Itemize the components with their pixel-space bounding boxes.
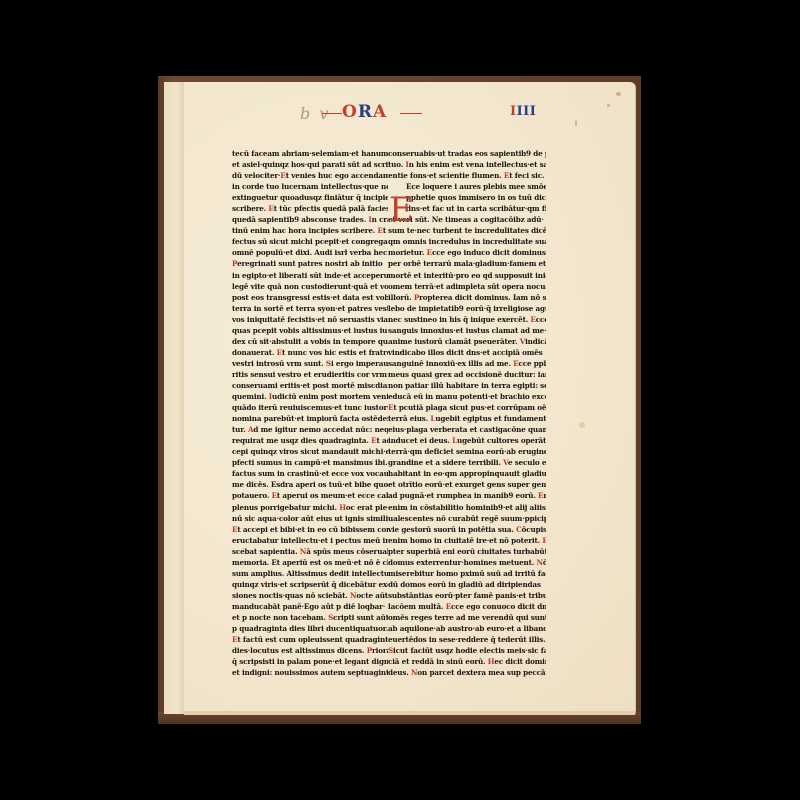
text-line: nū sic aqua·color aūt eius ut ignis simi… [232, 513, 388, 524]
text-line: terra in sortē et terra syon·et patres v… [232, 303, 388, 314]
text-line: Et accepi et bibi·et in eo cū bibissem c… [232, 524, 388, 535]
text-line: Et factū est cum opleuissent quadraginta [232, 634, 388, 645]
text-line: meus quasi grex ad occisionē ducitur: ia… [388, 369, 546, 380]
rubric-capital: E [427, 248, 432, 257]
page-header: b v ORA IIII [300, 102, 550, 126]
text-line: plenus porrigebatur michi. Hoc erat ple· [232, 502, 388, 513]
text-line: tecū faceam abriam·selemiam·et hanum· [232, 148, 388, 159]
text-line: mortē et interitū·pro eo qd supposuit in… [388, 270, 546, 281]
text-line: conseruabis·ut tradas eos sapientib9 de … [388, 148, 546, 159]
rubric-capital: E [232, 635, 237, 644]
text-line: anime iustorū clamāt pseuerāter. Vindicā… [388, 336, 546, 347]
text-line: factus sum in crastinū·et ecce vox vocau… [232, 468, 388, 479]
text-line: sum amplius. Altissimus dedit intellectu… [232, 568, 388, 579]
text-line: pfecti sumus in campū·et mansimus ibi. E… [232, 457, 388, 468]
text-line: dū domos eorū in gladiū ad diripiendas [388, 579, 546, 590]
text-line: miserebitur homo pximū suū ad irritū fac… [388, 568, 546, 579]
rubric-capital: P [414, 293, 419, 302]
text-line: qm omnis incredulus in incredulitate sua [388, 236, 546, 247]
text-line: substāntias eorū·pter famē panis·et trib… [388, 590, 546, 601]
foxing-spot [579, 422, 585, 428]
text-line: enim homo in ciuitatē ire·et nō poterit.… [388, 535, 546, 546]
text-line: ad pugnā·et rumphea in manib9 eorū. Erit [388, 490, 546, 501]
text-line: grandine et a sidere terribili. Ve secul… [388, 457, 546, 468]
rubric-capital: S [326, 359, 331, 368]
text-line: me dicēs. Esdra aperi os tuū·et bibe quo… [232, 479, 388, 490]
text-line: q̄ scripsisti in palam pone·et legant di… [232, 656, 388, 667]
text-line: et asiel·quinqz hos·qui parati sūt ad sc… [232, 159, 388, 170]
text-line: cepi quinqz viros sicut mandauit michi·e… [232, 446, 388, 457]
text-line: requirat me usqz dies quadraginta. Et ac… [232, 435, 388, 446]
text-line: lebo de impietatib9 eorū·q̄ irreligiose … [388, 303, 546, 314]
rubric-capital: E [277, 348, 282, 357]
text-line: terrā eius. Lugebit egiptus et fundament… [388, 413, 546, 424]
rubric-capital: H [488, 657, 495, 666]
rubric-capital: L [452, 436, 457, 445]
folio-red: I [510, 104, 517, 119]
rubric-capital: E [280, 171, 285, 180]
text-line: morietur. Ecce ego induco dicit dominus … [388, 247, 546, 258]
rubric-capital: C [516, 525, 522, 534]
rubric-capital: H [339, 503, 346, 512]
text-line: et indigni: nouissimos autem septuaginta [232, 667, 388, 678]
rubric-capital: S [388, 646, 393, 655]
text-line: scebat sapientia. Nā spūs meus cōseruaba… [232, 546, 388, 557]
text-line: eructabatur intellectu·et i pectus meū i… [232, 535, 388, 546]
rubric-capital: E [378, 226, 383, 235]
text-line: et p nocte non tacebam. Scripti sunt aūt [232, 612, 388, 623]
text-line: Peregrinati sunt patres nostri ab initio [232, 258, 388, 269]
rubric-capital: E [371, 436, 376, 445]
text-line: nomina parebūt·et impiorū facta ostēden· [232, 413, 388, 424]
text-line: ritis sensui vestro et erudieritis cor v… [232, 369, 388, 380]
text-line: entie fons·et scientie flumen. Et feci s… [388, 170, 546, 181]
rubric-capital: E [504, 171, 509, 180]
text-line: omem terrā·et adimpleta sūt opera nocua [388, 281, 546, 292]
text-line: scribere. Et tūc pfectis quedā palā faci… [232, 203, 388, 214]
text-line: tuo. In his enim est vena intellectus·et… [388, 159, 546, 170]
rubric-capital: A [248, 425, 253, 434]
rubric-capital: L [430, 414, 435, 423]
text-line: omnē populū·et dixi. Audi isrł verba hec… [232, 247, 388, 258]
text-line: terrā·qm deficiet semina eorū·ab erugine… [388, 446, 546, 457]
text-line: quemini. Iudiciū enim post mortem veniet… [232, 391, 388, 402]
running-title: ORA [342, 102, 387, 122]
decorated-initial: E [389, 193, 414, 227]
text-line: lacōem multā. Ecce ego conuoco dicit dns [388, 601, 546, 612]
foxing-spot [616, 92, 621, 96]
text-line: educā eū in manu potenti·et brachio exce… [388, 391, 546, 402]
text-line: pter superbiā eni eorū ciuitates turbabū… [388, 546, 546, 557]
rubric-capital: P [367, 646, 372, 655]
text-line: nec sustineo in his q̄ inique exercēt. E… [388, 314, 546, 325]
text-line: vestri introsū vrm sunt. Si ergo imperau… [232, 358, 388, 369]
text-line: et otrītio eorū·et exurget gens super ge… [388, 479, 546, 490]
text-line: per orbē terrarū mala·gladium·famem et [388, 258, 546, 269]
text-line: potauero. Et aperui os meum·et ecce cali… [232, 490, 388, 501]
text-line: vie gestorū suorū in potētia sua. Cōcupi… [388, 524, 546, 535]
rubric-capital: E [272, 491, 277, 500]
text-line: quinqz viris·et scripserūt q̄ dicebātur … [232, 579, 388, 590]
rubric-capital: I [405, 160, 408, 169]
text-line: enim in cōstabilitio hominib9·et alij al… [388, 502, 546, 513]
text-column-left: tecū faceam abriam·selemiam·et hanum·et … [232, 148, 388, 678]
folio-blue: III [517, 104, 537, 119]
text-line: dū velociter·Et venies huc ego accendam [232, 170, 388, 181]
rubric-capital: N [536, 558, 542, 567]
red-flourish [322, 113, 342, 114]
text-line: habitant in eo·qm appropinquauit gladius [388, 468, 546, 479]
text-line: memoria. Et aperiū est os meū·et nō ē cl… [232, 557, 388, 568]
text-line: inducet ei deus. Lugebūt cultores operāt… [388, 435, 546, 446]
text-line: extinguetur quoadusqz finiātur q̄ incipi… [232, 192, 388, 203]
rubric-capital: N [300, 547, 306, 556]
text-line: omēs reges terre ad me verendū qui sunt [388, 612, 546, 623]
rubric-capital: E [446, 602, 451, 611]
rubric-capital: V [503, 458, 508, 467]
text-line: fectus sū sicut michi pcepit·et congrega… [232, 236, 388, 247]
text-line: manducabāt panē·Ego aūt p diē loqbar· [232, 601, 388, 612]
text-line: donauerat. Et nunc vos hic estis et frat… [232, 347, 388, 358]
text-line: tinū enim hac hora incipies scribere. Et… [232, 225, 388, 236]
rubric-capital: E [513, 359, 518, 368]
text-line: dies·locutus est altissimus dicens. Prio… [232, 645, 388, 656]
rubric-capital: E [538, 491, 543, 500]
text-line: non patiar illū habitare in terra egipti… [388, 380, 546, 391]
text-line: quas pcepit vobis altissimus·et iustus i… [232, 325, 388, 336]
foxing-spot [575, 120, 577, 126]
rubric-capital: I [269, 392, 272, 401]
rubric-capital: P [232, 259, 237, 268]
rubric-capital: E [268, 204, 273, 213]
text-line: illorū. Propterea dicit dominus. Iam nō … [388, 292, 546, 303]
rubric-capital: I [368, 215, 371, 224]
red-flourish [400, 113, 422, 114]
text-line: eius·plaga verberata et castigacōne quam [388, 424, 546, 435]
text-line: sanguinē innoxiū·ex illis ad me. Ecce pp… [388, 358, 546, 369]
rubric-capital: E [388, 403, 393, 412]
text-line: tur. Ad me igitur nemo accedat nūc: neqz [232, 424, 388, 435]
text-line: quādo iterū reuiuiscemus·et tunc iustorū [232, 402, 388, 413]
rubric-capital: V [520, 337, 525, 346]
text-line: deus. Non parcet dextera mea sup peccāte… [388, 667, 546, 678]
text-line: domus exterrentur·homines metuent. Nō [388, 557, 546, 568]
text-line: Sicut faciūt usqz hodie electis meis·sic… [388, 645, 546, 656]
foxing-spot [607, 104, 610, 107]
running-title-letter: O [342, 102, 358, 122]
text-line: legē vite quā non custodierunt·quā et vo… [232, 281, 388, 292]
rubric-capital: E [530, 315, 535, 324]
running-title-letter: A [373, 102, 387, 122]
rubric-capital: P [542, 536, 546, 545]
folio-number: IIII [510, 104, 536, 119]
text-line: ciā et reddā in sinū eorū. Hec dicit dom… [388, 656, 546, 667]
rubric-capital: E [232, 525, 237, 534]
text-line: quedā sapientib9 absconse trades. In cra… [232, 214, 388, 225]
text-line: conseruami eritis·et post mortē miscdiam… [232, 380, 388, 391]
text-line: in corde tuo lucernam intellectus·que no… [232, 181, 388, 192]
text-line: euertēdos in sese·reddere q̄ tederūt ill… [388, 634, 546, 645]
text-line: siones noctis·quas nō sciebāt. Nocte aūt [232, 590, 388, 601]
text-line: p quadraginta dies libri ducentiquatuor. [232, 623, 388, 634]
text-line: Et pcutiā plaga sicut pus·et corrūpam oē… [388, 402, 546, 413]
text-line: vindicabo illos dicit dns·et accipiā omē… [388, 347, 546, 358]
text-line: dex cū sit·abstulit a vobis in tempore q… [232, 336, 388, 347]
text-line: ab aquilone·ab austro·ab euro·et a liban… [388, 623, 546, 634]
text-line: vos iniquitatē fecistis·et nō seruastis … [232, 314, 388, 325]
text-line: sanguis innoxius·et iustus clamat ad me·… [388, 325, 546, 336]
running-title-letter: R [358, 102, 373, 122]
rubric-capital: S [328, 613, 333, 622]
text-line: post eos transgressi estis·et data est v… [232, 292, 388, 303]
text-line: ualescentes nō curabūt regē suum·ppicipe… [388, 513, 546, 524]
rubric-capital: N [350, 591, 356, 600]
text-line: in egipto·et liberati sūt inde·et accepe… [232, 270, 388, 281]
rubric-capital: N [411, 668, 417, 677]
